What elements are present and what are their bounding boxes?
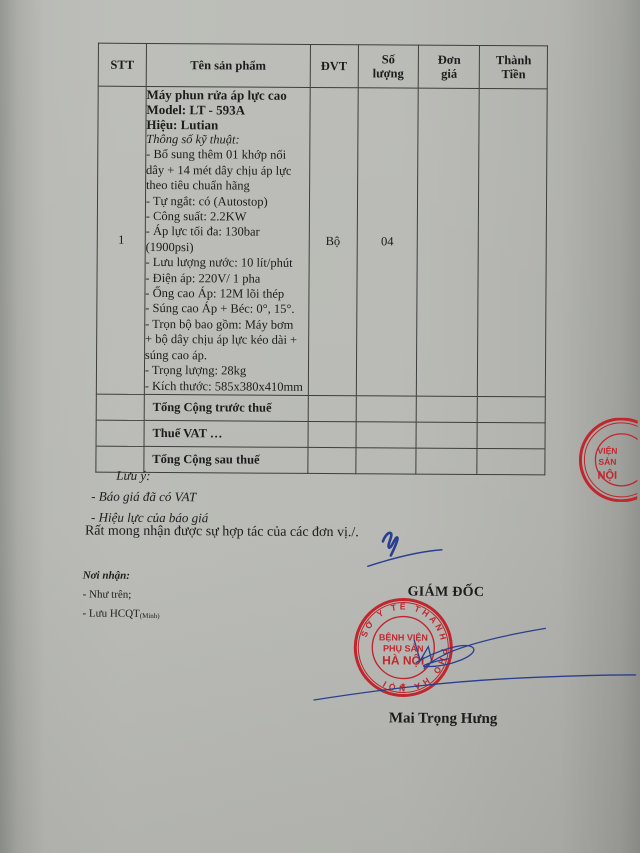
header-total: Thành Tiền <box>480 45 548 88</box>
spec-line: (1900psi) <box>146 240 309 256</box>
partial-stamp-line2: SẢN <box>598 456 616 467</box>
spec-line: - Ống cao Áp: 12M lõi thép <box>145 286 308 302</box>
subtotal-value <box>478 396 546 422</box>
spec-line: - Kích thước: 585x380x410mm <box>145 378 308 394</box>
spec-line: - Lưu lượng nước: 10 lít/phút <box>145 255 308 271</box>
grand-total-unit-cell <box>307 447 355 473</box>
spec-line: theo tiêu chuẩn hãng <box>146 178 309 194</box>
row-quantity: 04 <box>356 88 419 396</box>
quotation-table: STT Tên sản phẩm ĐVT Số lượng Đơn giá Th… <box>95 43 548 476</box>
vat-price-cell <box>416 422 477 448</box>
table-row: 1 Máy phun rửa áp lực cao Model: LT - 59… <box>96 86 547 397</box>
header-product-name: Tên sản phẩm <box>146 43 310 87</box>
spec-line: + bộ dây chịu áp lực kéo dài + <box>145 332 308 348</box>
recipients-title: Nơi nhận: <box>83 567 160 586</box>
row-total <box>478 88 547 396</box>
product-name: Máy phun rửa áp lực cao <box>146 87 309 103</box>
header-quantity: Số lượng <box>358 45 419 88</box>
svg-text:★: ★ <box>400 682 406 690</box>
spec-line: - Súng cao Áp + Béc: 0°, 15°. <box>145 301 308 317</box>
header-stt: STT <box>98 43 146 86</box>
grand-total-qty-cell <box>355 448 416 474</box>
spec-title: Thông số kỹ thuật: <box>146 132 309 148</box>
stamp-line2: PHỤ SẢN <box>383 642 424 653</box>
subtotal-label: Tổng Cộng trước thuế <box>144 394 308 421</box>
recipient-item: - Lưu HCQT(Minh) <box>82 605 159 626</box>
spec-line: súng cao áp. <box>145 348 308 364</box>
stamp-seal-icon: SỞ Y TẾ THÀNH PHỐ HÀ NỘI BỆNH VIỆN PHỤ S… <box>352 596 455 699</box>
subtotal-qty-cell <box>356 396 417 422</box>
vat-stt-cell <box>96 420 144 446</box>
official-stamp: SỞ Y TẾ THÀNH PHỐ HÀ NỘI BỆNH VIỆN PHỤ S… <box>352 596 455 699</box>
recipients-section: Nơi nhận: - Như trên; - Lưu HCQT(Minh) <box>82 567 159 626</box>
spec-line: - Bổ sung thêm 01 khớp nối <box>146 147 309 163</box>
row-unit-price <box>417 88 480 396</box>
header-price-line2: giá <box>441 67 457 81</box>
spec-line: - Tự ngắt: có (Autostop) <box>146 194 309 210</box>
partial-stamp-line1: VIỆN <box>598 445 618 456</box>
subtotal-row: Tổng Cộng trước thuế <box>96 394 545 423</box>
grand-total-value <box>477 448 545 474</box>
vat-unit-cell <box>308 421 356 447</box>
director-name: Mai Trọng Hưng <box>389 710 498 728</box>
header-quantity-line1: Số <box>382 52 395 66</box>
recipient-item: - Như trên; <box>83 586 160 605</box>
note-item: Báo giá đã có VAT <box>91 486 208 508</box>
recipient-item-text: - Lưu HCQT <box>82 608 139 620</box>
vat-row: Thuế VAT … <box>96 420 545 449</box>
stamp-line3: HÀ NỘI <box>382 652 424 667</box>
spec-line: dây + 14 mét dây chịu áp lực <box>146 163 309 179</box>
vat-qty-cell <box>356 422 417 448</box>
subtotal-price-cell <box>416 396 477 422</box>
header-price-line1: Đơn <box>438 53 461 67</box>
grand-total-price-cell <box>416 448 477 474</box>
vat-label: Thuế VAT … <box>144 420 308 447</box>
table-header-row: STT Tên sản phẩm ĐVT Số lượng Đơn giá Th… <box>98 43 547 89</box>
product-model: Model: LT - 593A <box>146 102 309 118</box>
product-brand: Hiệu: Lutian <box>146 117 309 133</box>
subtotal-stt-cell <box>96 394 144 420</box>
closing-sentence: Rất mong nhận được sự hợp tác của các đơ… <box>85 524 359 542</box>
spec-line: - Điện áp: 220V/ 1 pha <box>145 271 308 287</box>
vat-value <box>477 422 545 448</box>
spec-line: - Trọn bộ bao gồm: Máy bơm <box>145 317 308 333</box>
quotation-document: STT Tên sản phẩm ĐVT Số lượng Đơn giá Th… <box>0 0 640 853</box>
partial-stamp: VIỆN SẢN NỘI <box>577 418 638 502</box>
partial-stamp-seal-icon: VIỆN SẢN NỘI <box>577 418 638 502</box>
partial-stamp-line3: NỘI <box>598 469 618 482</box>
header-total-line1: Thành <box>496 53 532 67</box>
header-total-line2: Tiền <box>501 67 525 81</box>
header-unit: ĐVT <box>310 44 358 87</box>
notes-title: Lưu ý: <box>91 465 208 487</box>
row-unit: Bộ <box>308 87 358 395</box>
header-quantity-line2: lượng <box>373 66 404 80</box>
spec-line: - Áp lực tối đa: 130bar <box>146 224 309 240</box>
subtotal-unit-cell <box>308 395 356 421</box>
spec-line: - Trọng lượng: 28kg <box>145 363 308 379</box>
header-unit-price: Đơn giá <box>418 45 479 88</box>
spec-line: - Công suất: 2.2KW <box>146 209 309 225</box>
row-stt: 1 <box>96 86 146 394</box>
recipient-sub-note: (Minh) <box>140 612 160 620</box>
stamp-line1: BỆNH VIỆN <box>379 631 428 642</box>
notes-section: Lưu ý: Báo giá đã có VAT Hiệu lực của bá… <box>91 465 209 529</box>
row-product-description: Máy phun rửa áp lực cao Model: LT - 593A… <box>144 86 310 395</box>
